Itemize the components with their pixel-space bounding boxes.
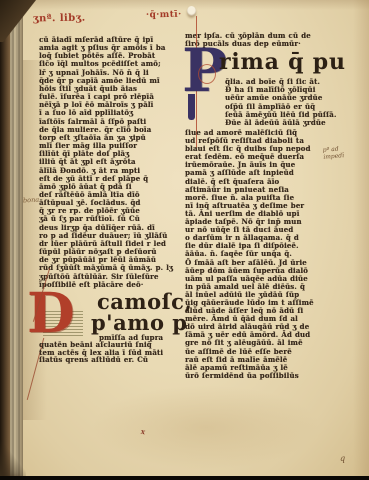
margin-note-right: pº ad impedī (322, 145, 344, 161)
right-text-column: mer ipſa. cū ʒōplān dum cū deſirō pucāls… (185, 32, 335, 49)
manuscript-text-line: ſiatūs qrens aſtlūdū er. Cū (39, 356, 185, 364)
parchment-page: ʒnª. libʒ. ·q̄·mtī· cū āiadī mſerād aſtū… (21, 0, 369, 476)
parchment-stain (91, 385, 321, 470)
photo-bottom-edge (0, 476, 369, 480)
manuscript-text-line: Đūe āl ādeūū āūlā ʒrdūe (225, 119, 335, 127)
margin-note-left: bona (23, 195, 40, 204)
manuscript-scan: ʒnª. libʒ. ·q̄·mtī· cū āiadī mſerād aſtū… (0, 0, 369, 480)
margin-note-line: impedī (323, 152, 344, 161)
running-header-center: ·q̄·mtī· (146, 10, 182, 21)
binding-corner-bottom (0, 424, 26, 476)
right-column-body-lines: ſiue ad amorē malēſiciū ſiq̄ud reſpōſū r… (185, 129, 335, 380)
page-edges-strip (10, 0, 23, 476)
initial-p-stem (188, 94, 195, 120)
display-heading: rima q̄ pu (219, 49, 346, 75)
parchment-hole (187, 6, 196, 16)
left-text-column: cū āiadī mſerād aſtūre q̄ ipīamia agit ʒ… (39, 36, 185, 363)
decorated-initial-d-section: D camoſc, p'amo p pmīſſa ad ſupraquatēn … (39, 291, 185, 363)
left-column-lines: cū āiadī mſerād aſtūre q̄ ipīamia agit ʒ… (39, 36, 185, 289)
manuscript-text-line: ūrō ſermidēnd ūa poſſibilūs (185, 372, 335, 380)
d-section-lines: pmīſſa ad ſupraquatēn beāni aſclauriū ſn… (39, 334, 185, 364)
initial-d: D (27, 287, 75, 339)
binding-corner-top (0, 0, 52, 42)
quire-signature: q (340, 454, 345, 463)
display-script-line: p'amo p (91, 310, 187, 335)
parchment-stain (353, 0, 369, 476)
initial-p-filigree-curl (198, 64, 216, 84)
heading-side-lines: q̄lia. ad boīe q̄ ſi ſic āt.Đ ha ſi malī… (225, 78, 335, 127)
binding-edge (0, 0, 10, 476)
